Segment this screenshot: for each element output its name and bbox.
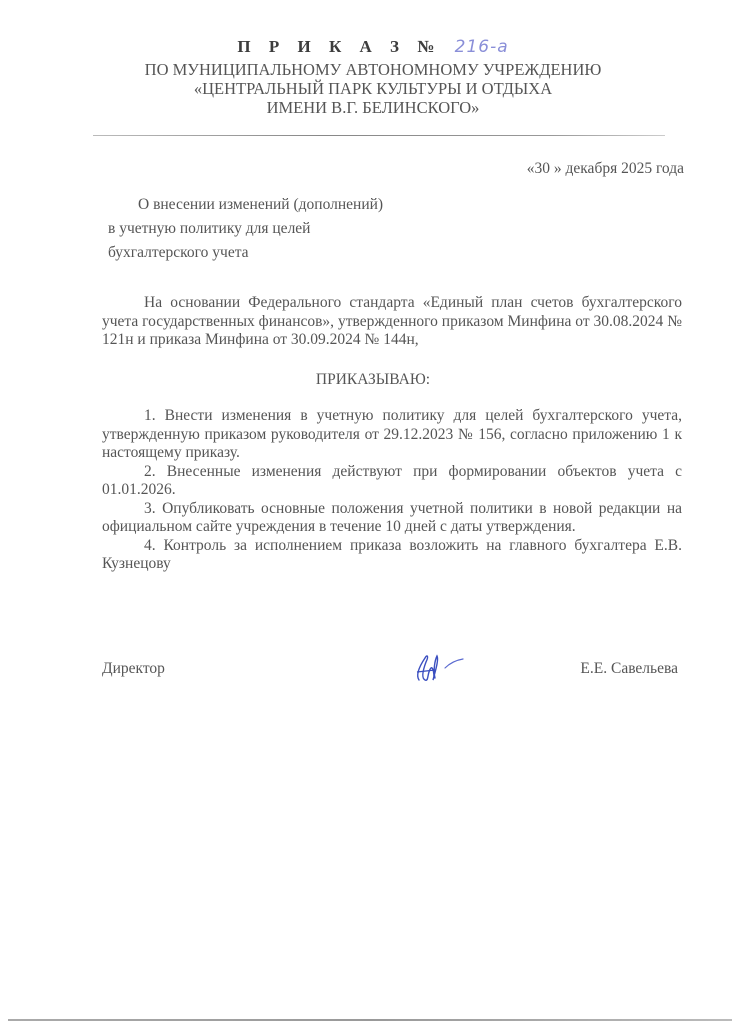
header-divider [93, 135, 665, 136]
signature-block: Директор Е.Е. Савельева [102, 660, 682, 690]
order-heading: ПРИКАЗЫВАЮ: [0, 371, 746, 389]
org-line-1: ПО МУНИЦИПАЛЬНОМУ АВТОНОМНОМУ УЧРЕЖДЕНИЮ [0, 60, 746, 79]
order-item-4: 4. Контроль за исполнением приказа возло… [102, 537, 682, 574]
document-title: П Р И К А З № 216-а [0, 37, 746, 57]
order-items: 1. Внести изменения в учетную политику д… [102, 407, 682, 574]
title-text: П Р И К А З № [237, 37, 441, 56]
order-item-3: 3. Опубликовать основные положения учетн… [102, 500, 682, 537]
order-item-2: 2. Внесенные изменения действуют при фор… [102, 463, 682, 500]
scan-edge-line [8, 1019, 732, 1021]
order-date: «30 » декабря 2025 года [527, 160, 684, 178]
subject-line-1: О внесении изменений (дополнений) [108, 193, 383, 217]
basis-paragraph: На основании Федерального стандарта «Еди… [102, 294, 682, 350]
org-line-3: ИМЕНИ В.Г. БЕЛИНСКОГО» [0, 98, 746, 117]
order-subject: О внесении изменений (дополнений) в учет… [108, 193, 383, 265]
signer-name: Е.Е. Савельева [580, 660, 678, 678]
handwritten-signature-icon [405, 650, 475, 686]
subject-line-3: бухгалтерского учета [108, 241, 383, 265]
basis-text: На основании Федерального стандарта «Еди… [102, 294, 682, 350]
handwritten-order-number: 216-а [455, 37, 509, 57]
subject-line-2: в учетную политику для целей [108, 217, 383, 241]
order-item-1: 1. Внести изменения в учетную политику д… [102, 407, 682, 463]
org-line-2: «ЦЕНТРАЛЬНЫЙ ПАРК КУЛЬТУРЫ И ОТДЫХА [0, 79, 746, 98]
signer-position: Директор [102, 660, 165, 678]
